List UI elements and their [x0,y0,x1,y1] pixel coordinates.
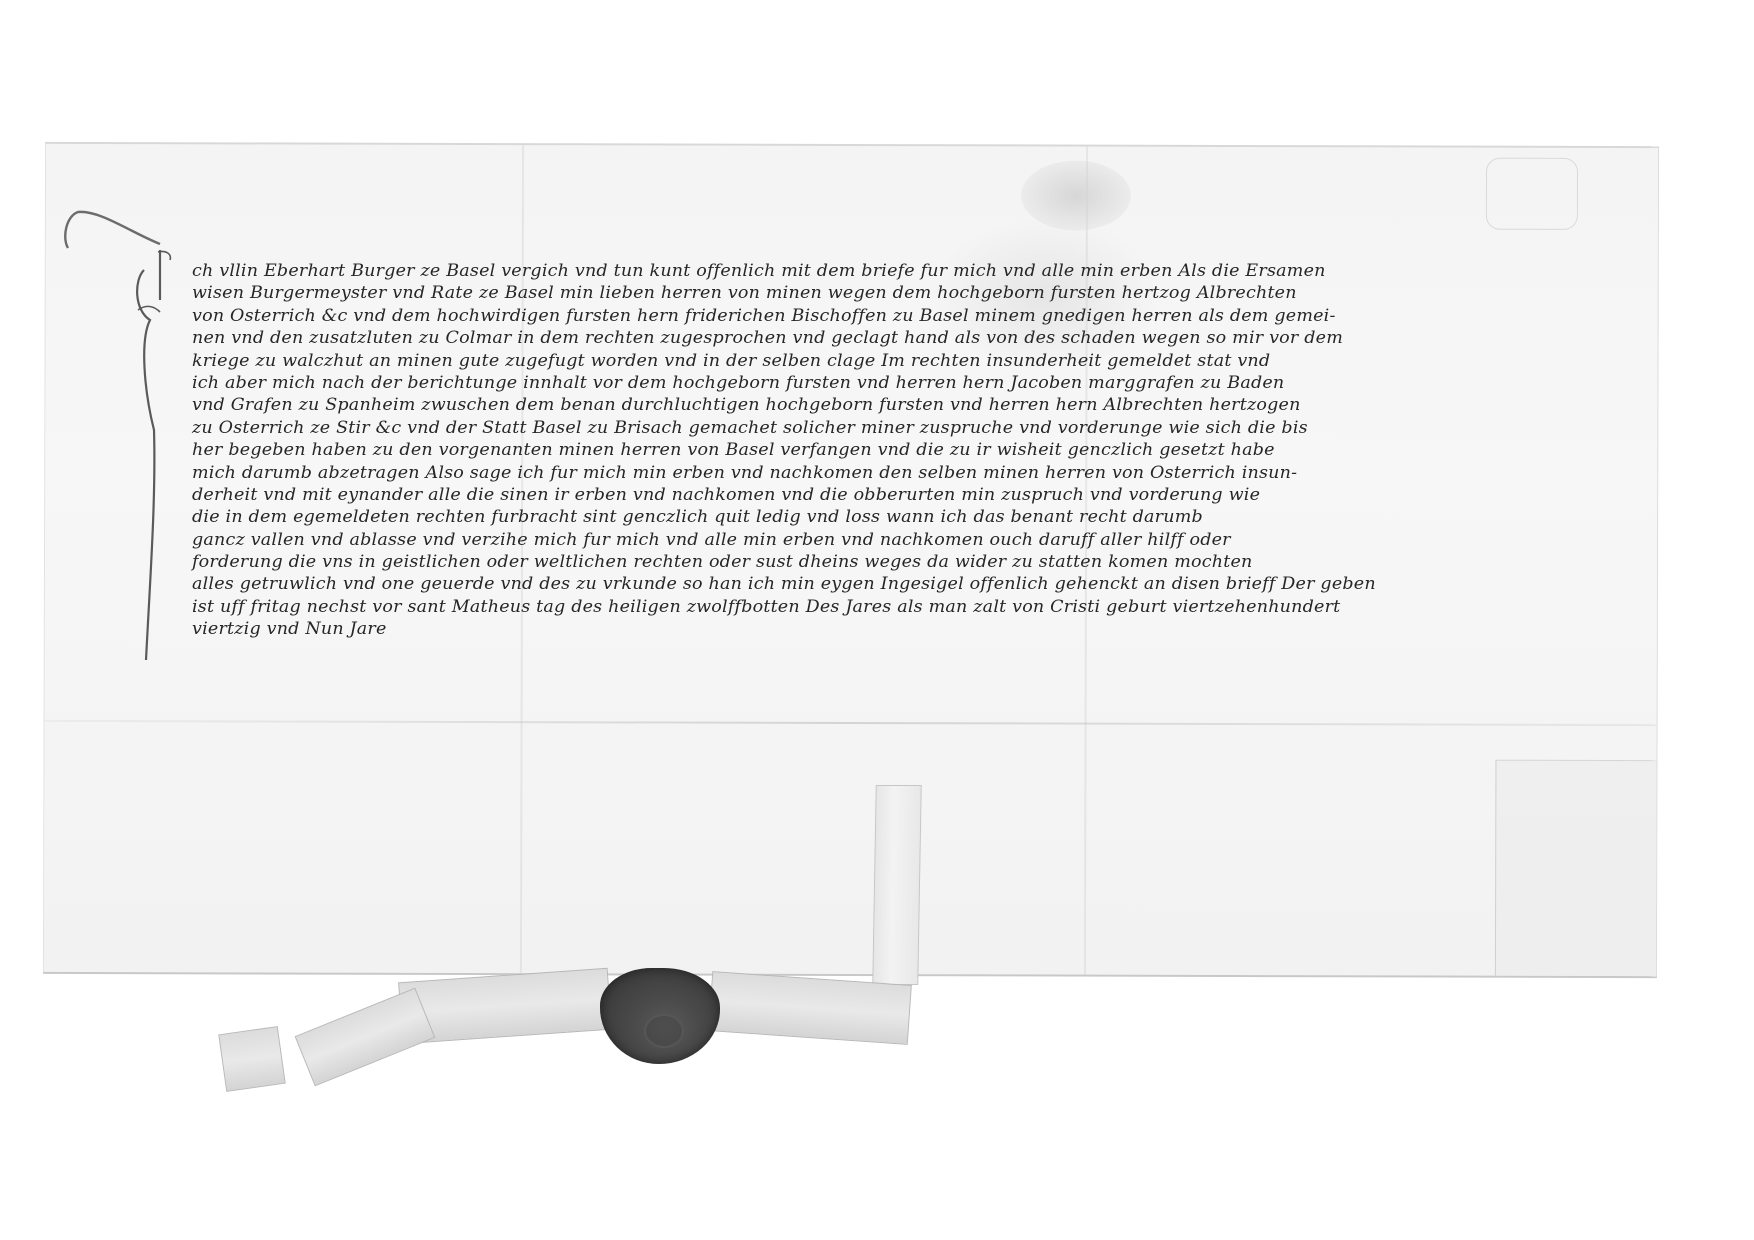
seal-tag-strip-upper [872,785,921,985]
text-line-4: nen vnd den zusatzluten zu Colmar in dem… [192,328,1502,349]
wax-seal [600,968,720,1064]
text-line-1: ch vllin Eberhart Burger ze Basel vergic… [192,261,1502,282]
text-line-12: die in dem egemeldeten rechten furbracht… [192,507,1502,528]
plica-corner-fold [1495,760,1657,976]
parchment-stain [1021,160,1131,230]
text-line-7: vnd Grafen zu Spanheim zwuschen dem bena… [192,395,1502,416]
document-scan: ch vllin Eberhart Burger ze Basel vergic… [0,0,1754,1240]
text-line-15: alles getruwlich vnd one geuerde vnd des… [192,574,1502,595]
seal-tag-strip-left-twist [295,988,436,1087]
text-line-13: gancz vallen vnd ablasse vnd verzihe mic… [192,529,1502,550]
text-line-17: viertzig vnd Nun Jare [192,619,1502,640]
text-line-10: mich darumb abzetragen Also sage ich fur… [192,462,1502,483]
text-line-8: zu Osterrich ze Stir &c vnd der Statt Ba… [192,417,1502,438]
parchment-stain-ring [1486,158,1578,230]
plica-fold-line [45,720,1657,726]
text-line-3: von Osterrich &c vnd dem hochwirdigen fu… [192,305,1502,326]
seal-impression-icon [644,1014,684,1048]
seal-tag-strip-right [708,971,912,1045]
text-line-14: forderung die vns in geistlichen oder we… [192,552,1502,573]
text-line-9: her begeben haben zu den vorgenanten min… [192,440,1502,461]
decorated-initial-icon [120,240,200,680]
text-line-16: ist uff fritag nechst vor sant Matheus t… [192,596,1502,617]
text-line-2: wisen Burgermeyster vnd Rate ze Basel mi… [192,283,1502,304]
text-line-6: ich aber mich nach der berichtunge innha… [192,373,1502,394]
text-line-11: derheit vnd mit eynander alle die sinen … [192,484,1502,505]
seal-tag-strip-end [218,1026,285,1092]
text-line-5: kriege zu walczhut an minen gute zugefug… [192,350,1502,371]
charter-text: ch vllin Eberhart Burger ze Basel vergic… [192,260,1502,641]
